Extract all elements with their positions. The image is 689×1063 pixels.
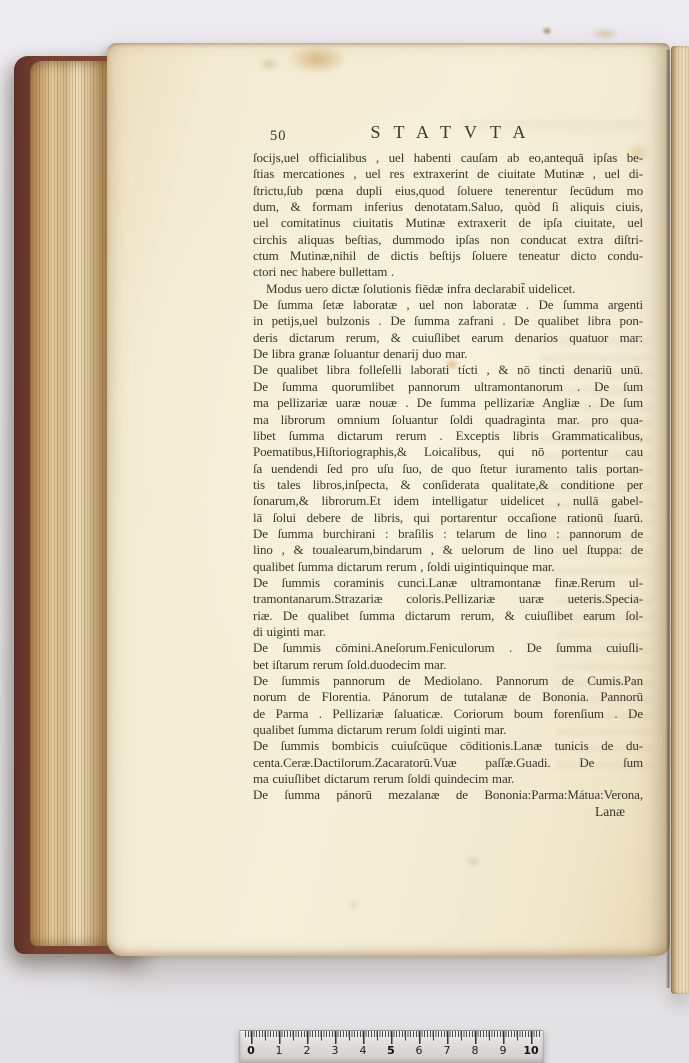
text-line: tramontanarum.Strazariæ coloris.Pellizar… bbox=[253, 591, 643, 607]
page-header: 50 STATVTA bbox=[253, 122, 643, 150]
text-line: ctum Mutinæ,nihil de dictis beſtijs ſolu… bbox=[253, 248, 643, 264]
text-line: lino , & toualearum,bindarum , & uelorum… bbox=[253, 542, 643, 558]
ruler-number: 3 bbox=[332, 1044, 339, 1057]
ruler-number: 8 bbox=[472, 1044, 479, 1057]
text-line: ma cuiuſlibet dictarum rerum ſoldi quind… bbox=[253, 771, 643, 787]
text-line: bet iſtarum rerum ſold.duodecim mar. bbox=[253, 657, 643, 673]
text-line: uel comitatinus ciuitatis Mutinæ extraxe… bbox=[253, 215, 643, 231]
text-line: ma pellizariæ uaræ nouæ . De ſumma pelli… bbox=[253, 395, 643, 411]
text-line: De qualibet libra folleſelli laborati tí… bbox=[253, 362, 643, 378]
text-line: di uiginti mar. bbox=[253, 624, 643, 640]
text-line: tis tales libros,inſpecta, & conſiderata… bbox=[253, 477, 643, 493]
text-line: dum, & formam inferius denotatam.Saluo, … bbox=[253, 199, 643, 215]
foxing-stain bbox=[286, 44, 348, 74]
text-line: in petijs,uel bulzonis . De ſumma zafran… bbox=[253, 313, 643, 329]
ruler-number: 7 bbox=[444, 1044, 451, 1057]
text-line: circhis aliquas beſtias, dummodo ipſas n… bbox=[253, 232, 643, 248]
ruler-number: 2 bbox=[304, 1044, 311, 1057]
ruler-number: 10 bbox=[523, 1044, 538, 1057]
text-line: de Parma . Pellizariæ ſaluaticæ. Corioru… bbox=[253, 706, 643, 722]
foxing-stain bbox=[590, 28, 620, 40]
ruler-number: 9 bbox=[500, 1044, 507, 1057]
book-gutter-shadow bbox=[666, 50, 670, 988]
catchword: Lanæ bbox=[253, 804, 643, 820]
text-line: De ſummis coraminis cunci.Lanæ ultramont… bbox=[253, 575, 643, 591]
text-line: De ſumma pánorū mezalanæ de Bononia:Parm… bbox=[253, 787, 643, 803]
text-line: lā ſolui debere de libris, qui portarent… bbox=[253, 510, 643, 526]
text-line: De ſummis cōmini.Aneſorum.Feniculorum . … bbox=[253, 640, 643, 656]
book-fore-edge-pages bbox=[30, 61, 116, 946]
ruler-number: 5 bbox=[387, 1044, 395, 1057]
text-line: ſa uendendi ſed pro uſu ſuo, de quo ſtet… bbox=[253, 461, 643, 477]
ruler-number: 0 bbox=[247, 1044, 255, 1057]
text-line: qualibet ſumma dictarum rerum , ſoldi ui… bbox=[253, 559, 643, 575]
text-line: libet ſumma dictarum rerum . Exceptis li… bbox=[253, 428, 643, 444]
foxing-stain bbox=[466, 856, 481, 867]
text-line: deris dictarum rerum, & cuiuſlibet earum… bbox=[253, 330, 643, 346]
printed-text-block: 50 STATVTA ſocijs,uel officialibus , uel… bbox=[253, 122, 643, 820]
text-line: De ſumma burchirani : braſilis : telarum… bbox=[253, 526, 643, 542]
text-line: De libra granæ ſoluantur denarij duo mar… bbox=[253, 346, 643, 362]
text-line: ſonarum,& librorum.Et idem intelligatur … bbox=[253, 493, 643, 509]
text-line: De ſumma quorumlibet pannorum ultramonta… bbox=[253, 379, 643, 395]
text-line: ſtrictu,ſub pœna dupli eius,quod ſoluere… bbox=[253, 183, 643, 199]
text-line: Poematibus,Hiſtoriographis,& Loicalibus,… bbox=[253, 444, 643, 460]
ruler-number: 6 bbox=[416, 1044, 423, 1057]
body-lines: ſocijs,uel officialibus , uel habenti ca… bbox=[253, 150, 643, 804]
text-line: centa.Ceræ.Dactilorum.Zacaratorū.Vuæ paſ… bbox=[253, 755, 643, 771]
running-title: STATVTA bbox=[253, 122, 656, 143]
facing-page-edge bbox=[671, 46, 689, 994]
photo-scene: 50 STATVTA ſocijs,uel officialibus , uel… bbox=[0, 0, 689, 1063]
foxing-stain bbox=[348, 900, 359, 909]
measuring-ruler: 012345678910 bbox=[239, 1030, 544, 1063]
text-line: ma librorum omnium ſoluantur ſoldi quadr… bbox=[253, 412, 643, 428]
foxing-stain bbox=[258, 58, 280, 70]
text-line: De ſumma ſetæ laboratæ , uel non laborat… bbox=[253, 297, 643, 313]
ruler-number: 4 bbox=[360, 1044, 367, 1057]
text-line: qualibet ſumma dictarum rerum ſoldi uigi… bbox=[253, 722, 643, 738]
text-line: ſtias mercationes , uel res extraxerint … bbox=[253, 166, 643, 182]
text-line: ctori nec habere bullettam . bbox=[253, 264, 643, 280]
text-line: Modus uero dictæ ſolutionis fiēdæ infra … bbox=[253, 281, 643, 297]
foxing-stain bbox=[542, 27, 552, 35]
text-line: norum de Florentia. Pánorum de tutalanæ … bbox=[253, 689, 643, 705]
ruler-number: 1 bbox=[276, 1044, 283, 1057]
text-line: De ſummis pannorum de Mediolano. Pannoru… bbox=[253, 673, 643, 689]
ruler-tick-marks bbox=[240, 1031, 543, 1045]
text-line: ſocijs,uel officialibus , uel habenti ca… bbox=[253, 150, 643, 166]
text-line: De ſummis bombicis cuiuſcūque cōditionis… bbox=[253, 738, 643, 754]
text-line: riæ. De qualibet ſumma dictarum rerum, &… bbox=[253, 608, 643, 624]
